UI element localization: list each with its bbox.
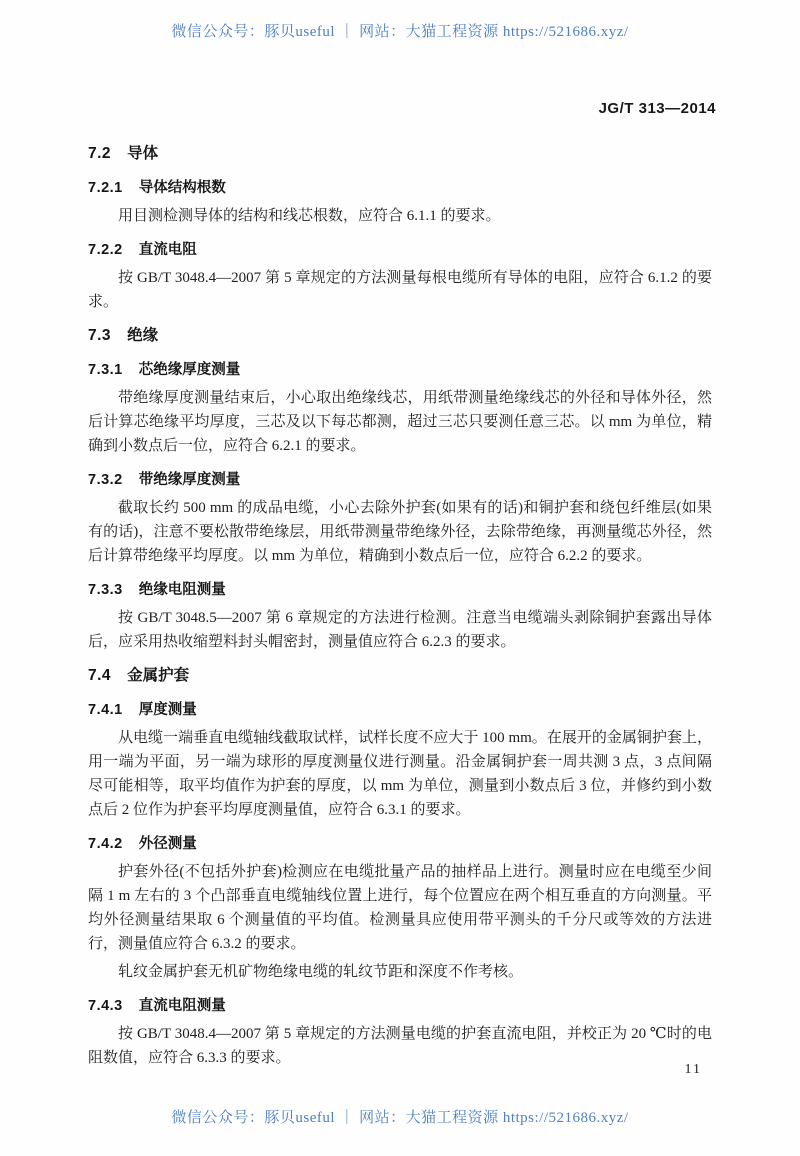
scanned-document-page: { "watermark": { "top": "微信公众号：豚贝useful … — [0, 0, 800, 1156]
top-watermark: 微信公众号：豚贝useful ｜ 网站：大猫工程资源 https://52168… — [0, 20, 800, 41]
subsection-heading: 7.2.2直流电阻 — [88, 238, 712, 262]
paragraph: 护套外径(不包括外护套)检测应在电缆批量产品的抽样品上进行。测量时应在电缆至少间… — [88, 860, 712, 956]
section-title: 芯绝缘厚度测量 — [139, 362, 241, 378]
section-number: 7.3 — [88, 327, 111, 344]
subsection-heading: 7.4.3直流电阻测量 — [88, 994, 712, 1018]
section-title: 导体结构根数 — [139, 180, 226, 196]
paragraph: 轧纹金属护套无机矿物绝缘电缆的轧纹节距和深度不作考核。 — [88, 960, 712, 984]
section-number: 7.3.3 — [88, 582, 123, 598]
section-heading: 7.4金属护套 — [88, 664, 712, 688]
section-title: 金属护套 — [127, 667, 189, 684]
subsection-heading: 7.3.3绝缘电阻测量 — [88, 578, 712, 602]
section-number: 7.2.2 — [88, 242, 123, 258]
subsection-heading: 7.3.1芯绝缘厚度测量 — [88, 358, 712, 382]
section-number: 7.3.2 — [88, 472, 123, 488]
paragraph: 用目测检测导体的结构和线芯根数，应符合 6.1.1 的要求。 — [88, 204, 712, 228]
subsection-heading: 7.4.1厚度测量 — [88, 698, 712, 722]
subsection-heading: 7.3.2带绝缘厚度测量 — [88, 468, 712, 492]
paragraph: 按 GB/T 3048.4—2007 第 5 章规定的方法测量电缆的护套直流电阻… — [88, 1022, 712, 1070]
section-title: 绝缘 — [127, 327, 158, 344]
bottom-watermark: 微信公众号：豚贝useful ｜ 网站：大猫工程资源 https://52168… — [0, 1106, 800, 1127]
paragraph: 从电缆一端垂直电缆轴线截取试样，试样长度不应大于 100 mm。在展开的金属铜护… — [88, 726, 712, 822]
paragraph: 按 GB/T 3048.5—2007 第 6 章规定的方法进行检测。注意当电缆端… — [88, 606, 712, 654]
section-title: 带绝缘厚度测量 — [139, 472, 241, 488]
subsection-heading: 7.2.1导体结构根数 — [88, 176, 712, 200]
section-title: 导体 — [127, 145, 158, 162]
section-title: 外径测量 — [139, 836, 197, 852]
section-title: 厚度测量 — [139, 702, 197, 718]
paragraph: 按 GB/T 3048.4—2007 第 5 章规定的方法测量每根电缆所有导体的… — [88, 266, 712, 314]
subsection-heading: 7.4.2外径测量 — [88, 832, 712, 856]
section-number: 7.4.3 — [88, 998, 123, 1014]
section-number: 7.4 — [88, 667, 111, 684]
section-number: 7.2 — [88, 145, 111, 162]
page-number: 11 — [685, 1062, 702, 1078]
section-heading: 7.3绝缘 — [88, 324, 712, 348]
section-title: 直流电阻 — [139, 242, 197, 258]
section-number: 7.4.1 — [88, 702, 123, 718]
paragraph: 截取长约 500 mm 的成品电缆，小心去除外护套(如果有的话)和铜护套和绕包纤… — [88, 496, 712, 568]
section-number: 7.4.2 — [88, 836, 123, 852]
section-heading: 7.2导体 — [88, 142, 712, 166]
document-body: 7.2导体7.2.1导体结构根数用目测检测导体的结构和线芯根数，应符合 6.1.… — [88, 142, 712, 1070]
doc-number: JG/T 313—2014 — [599, 100, 716, 117]
section-number: 7.2.1 — [88, 180, 123, 196]
paragraph: 带绝缘厚度测量结束后，小心取出绝缘线芯，用纸带测量绝缘线芯的外径和导体外径，然后… — [88, 386, 712, 458]
section-title: 绝缘电阻测量 — [139, 582, 226, 598]
section-title: 直流电阻测量 — [139, 998, 226, 1014]
section-number: 7.3.1 — [88, 362, 123, 378]
